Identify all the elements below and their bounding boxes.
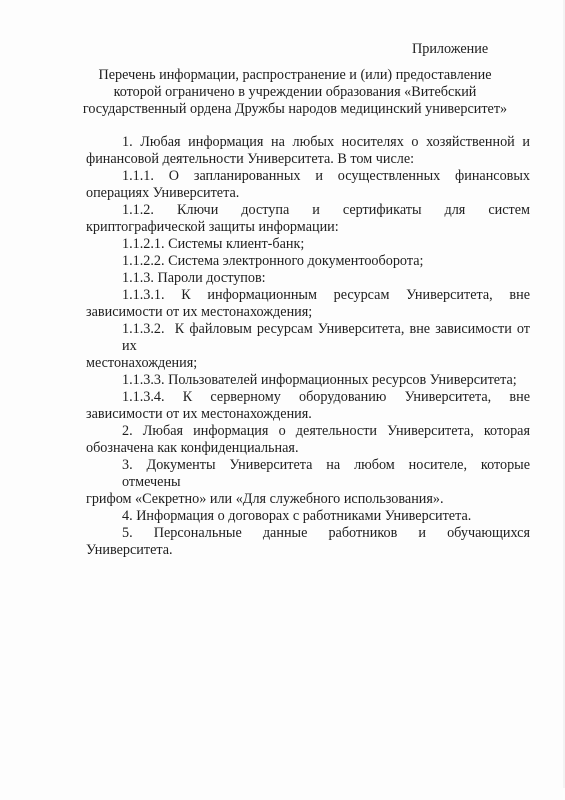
list-item: 1.1.3.4. К серверному оборудованию Униве…: [86, 389, 530, 423]
list-item: 1. Любая информация на любых носителях о…: [86, 134, 530, 168]
appendix-label: Приложение: [412, 41, 488, 58]
list-item: 1.1.3. Пароли доступов:: [86, 270, 530, 287]
list-item: 1.1.3.1. К информационным ресурсам Униве…: [86, 287, 530, 321]
list-item: 1.1.2.1. Системы клиент-банк;: [86, 236, 530, 253]
heading-line: государственный ордена Дружбы народов ме…: [60, 101, 530, 118]
list-item: 1.1.1. О запланированных и осуществленны…: [86, 168, 530, 202]
list-item: 2. Любая информация о деятельности Униве…: [86, 423, 530, 457]
heading-line: Перечень информации, распространение и (…: [60, 67, 530, 84]
heading-line: которой ограничено в учреждении образова…: [60, 84, 530, 101]
list-item: 5. Персональные данные работников и обуч…: [86, 525, 530, 559]
document-page: Приложение Перечень информации, распрост…: [0, 0, 565, 800]
list-item: 3. Документы Университета на любом носит…: [86, 457, 530, 508]
list-item: 1.1.3.2. К файловым ресурсам Университет…: [86, 321, 530, 372]
list-item: 1.1.3.3. Пользователей информационных ре…: [86, 372, 530, 389]
document-body: 1. Любая информация на любых носителях о…: [86, 134, 530, 559]
document-heading: Перечень информации, распространение и (…: [60, 67, 530, 118]
list-item: 4. Информация о договорах с работниками …: [86, 508, 530, 525]
list-item: 1.1.2.2. Система электронного документоо…: [86, 253, 530, 270]
list-item: 1.1.2. Ключи доступа и сертификаты для с…: [86, 202, 530, 236]
